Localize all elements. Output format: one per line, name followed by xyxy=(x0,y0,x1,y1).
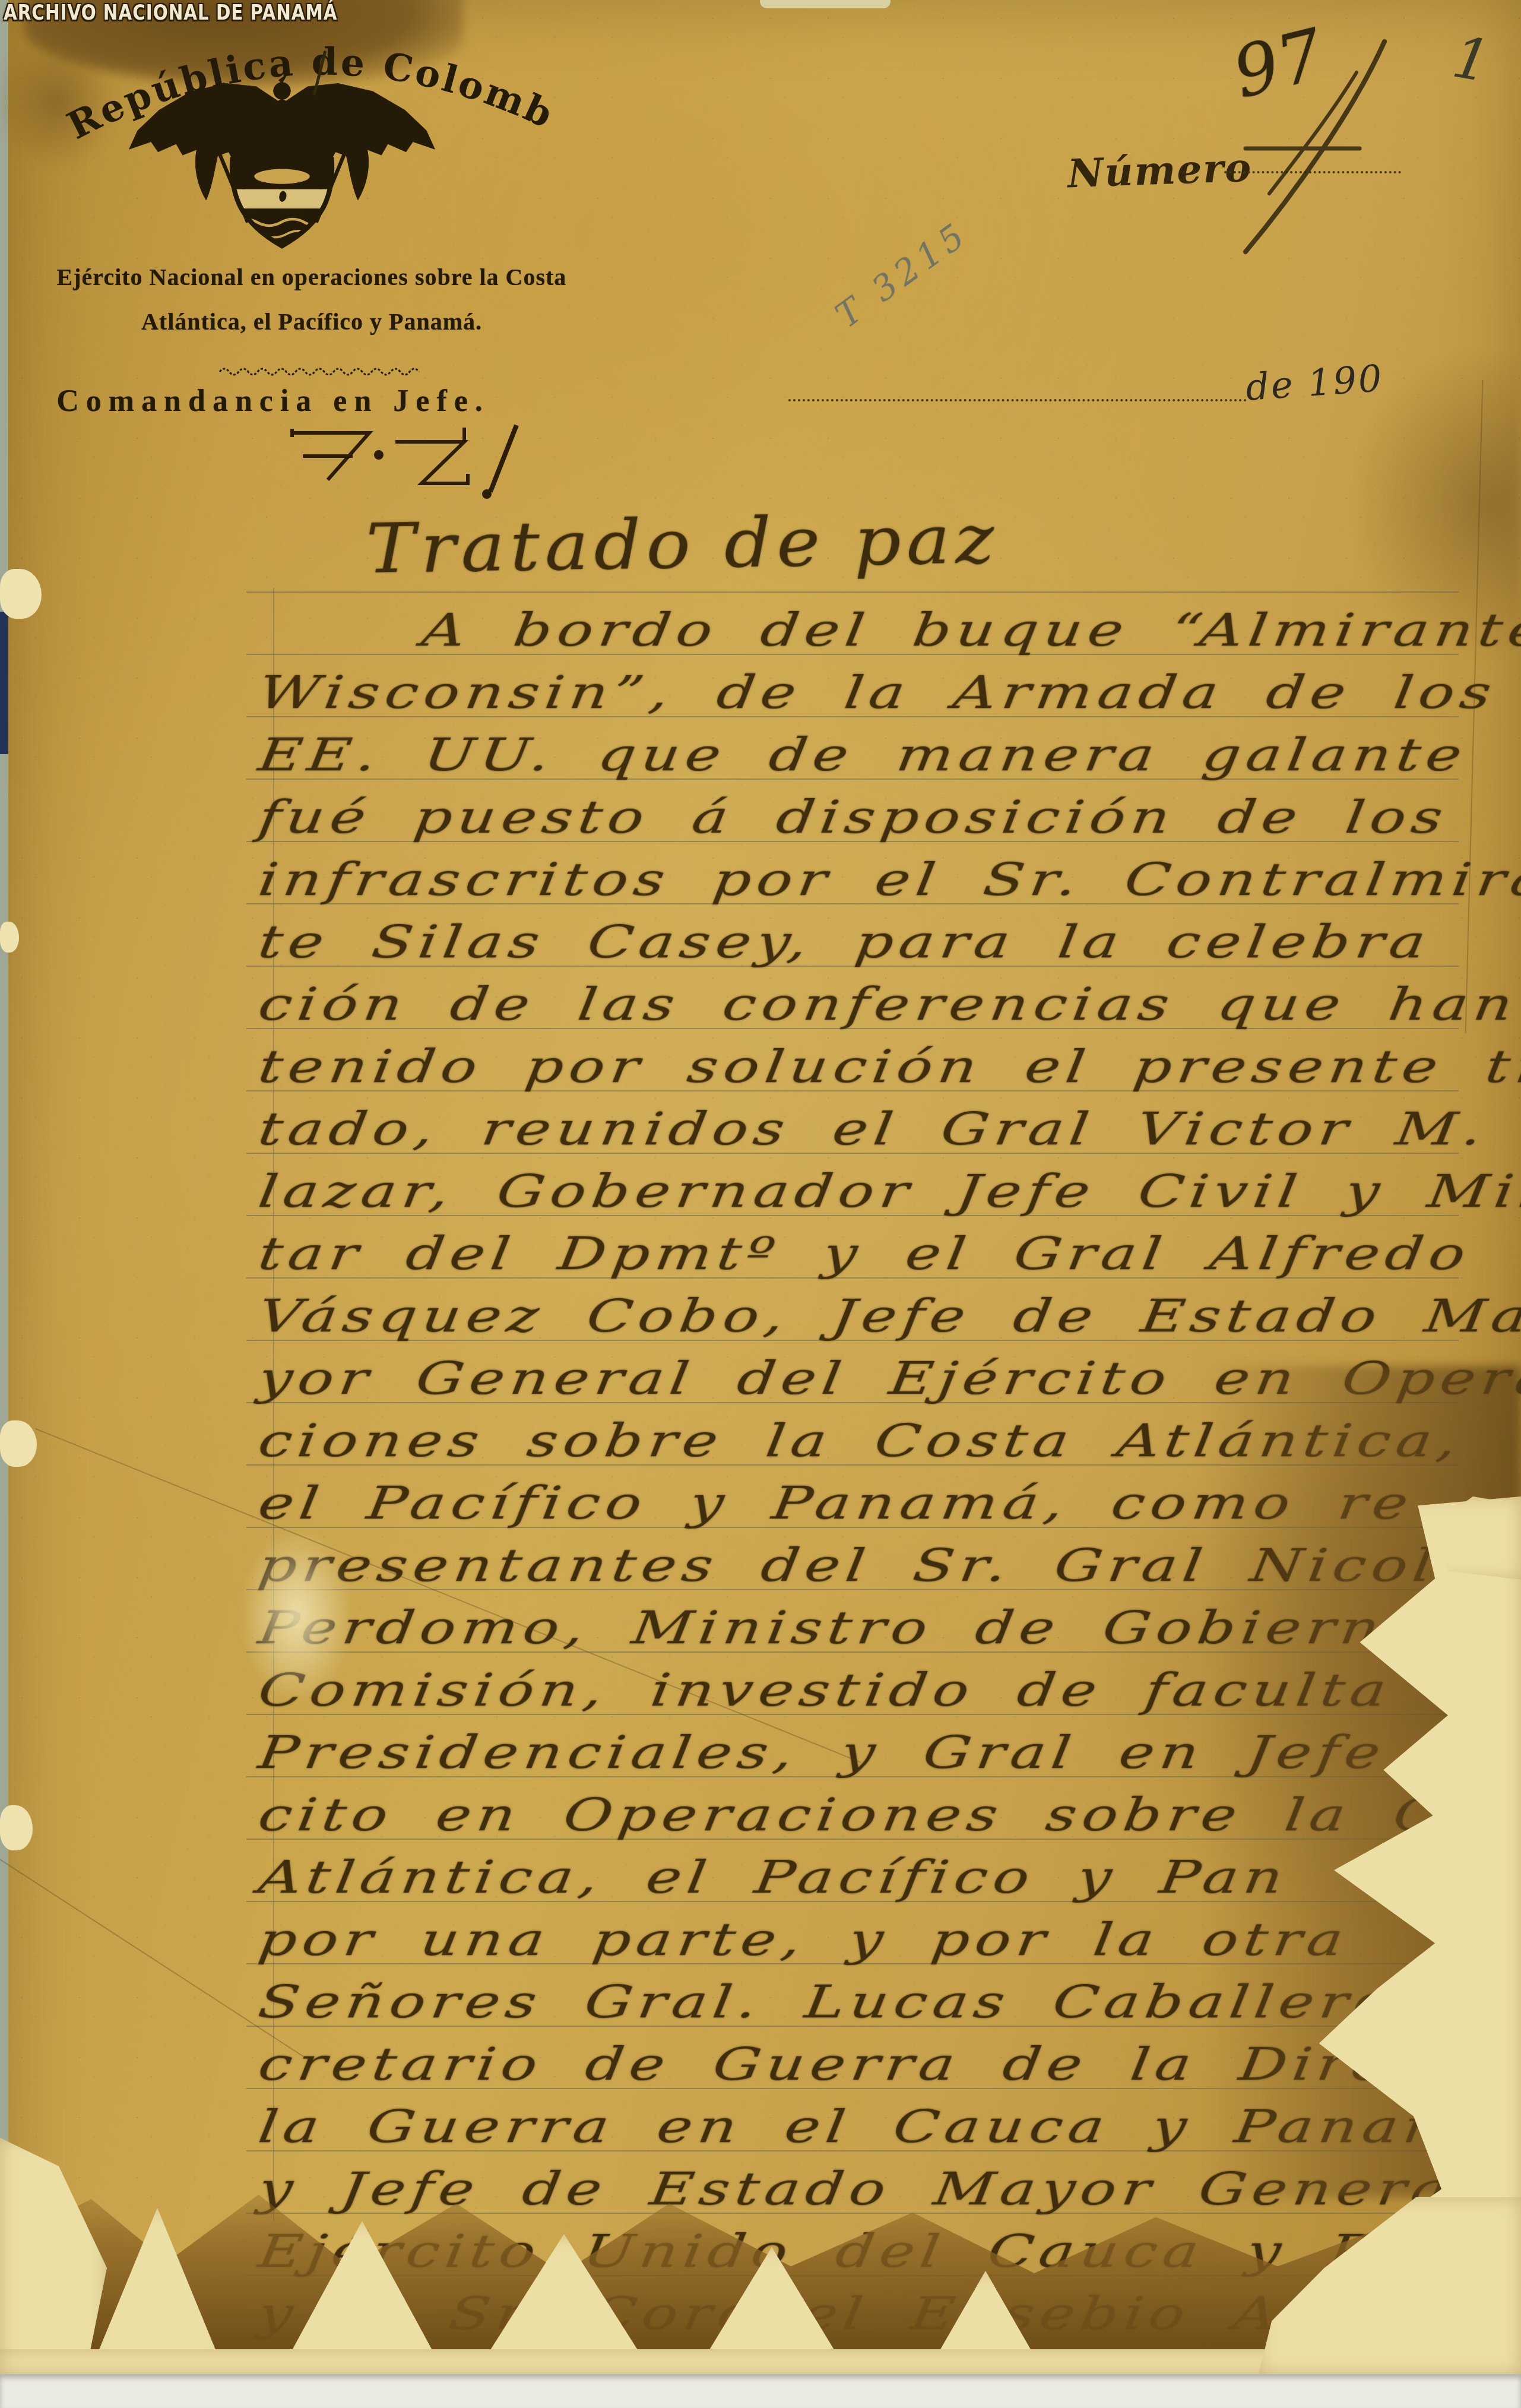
manuscript-line: Wisconsin”, de la Armada de los xyxy=(255,666,1500,719)
edge-chip xyxy=(0,1420,37,1467)
archive-watermark: ARCHIVO NACIONAL DE PANAMÁ xyxy=(4,1,337,25)
manuscript-line: EE. UU. que de manera galante xyxy=(255,728,1471,781)
manuscript-line: fué puesto á disposición de los xyxy=(255,790,1452,843)
scanner-bed-strip xyxy=(0,2374,1521,2408)
manuscript-line: te Silas Casey, para la celebra xyxy=(255,915,1434,968)
edge-chip xyxy=(0,569,42,619)
manuscript-line: tado, reunidos el Gral Victor M. Sa xyxy=(255,1102,1521,1155)
manuscript-line: Vásquez Cobo, Jefe de Estado Ma xyxy=(255,1289,1521,1342)
edge-chip xyxy=(0,1805,33,1850)
document-scan-page: República de Colombia. xyxy=(0,0,1521,2408)
manuscript-line: tenido por solución el presente tra xyxy=(255,1040,1521,1093)
stain-right-upper xyxy=(1360,356,1521,653)
manuscript-line: por una parte, y por la otra xyxy=(255,1913,1352,1966)
manuscript-line: A bordo del buque “Almirante xyxy=(419,603,1521,656)
manuscript-line: tar del Dpmtº y el Gral Alfredo xyxy=(255,1227,1474,1280)
abrasion-pale-patch xyxy=(243,1532,350,1698)
manuscript-line: lazar, Gobernador Jefe Civil y Mili xyxy=(255,1165,1521,1217)
manuscript-line: ción de las conferencias que han xyxy=(255,977,1521,1030)
manuscript-line: Atlántica, el Pacífico y Pan xyxy=(255,1850,1292,1903)
edge-chip xyxy=(0,922,19,953)
manuscript-line: infrascritos por el Sr. Contralmiran xyxy=(255,853,1521,906)
